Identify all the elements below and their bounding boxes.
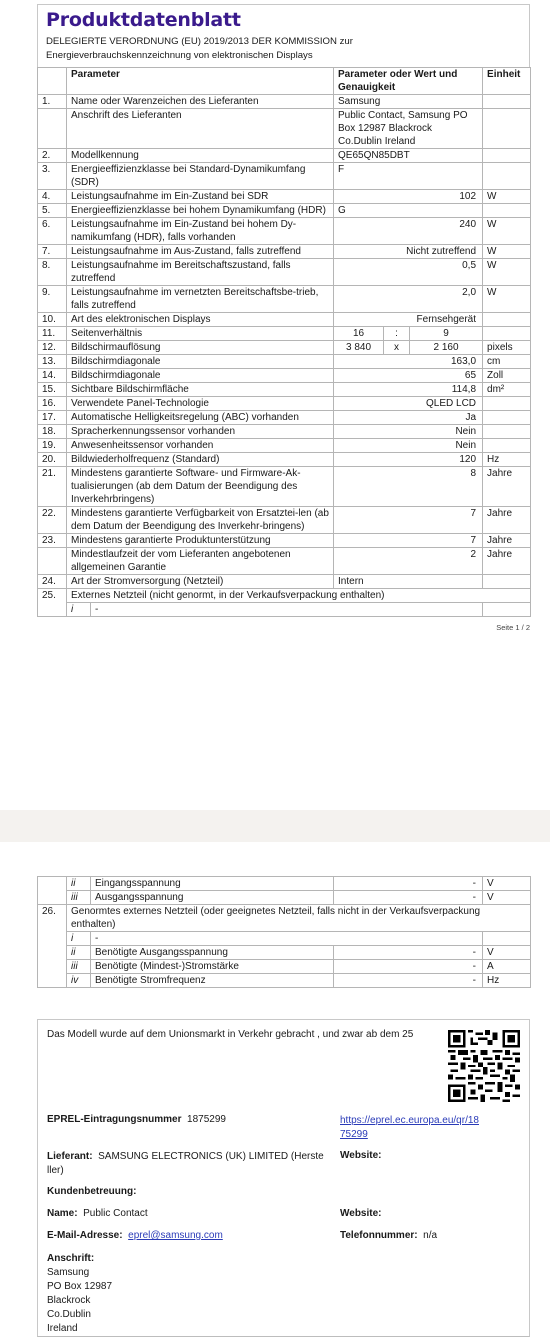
row-unit: [483, 163, 531, 190]
row-value: 0,5: [334, 259, 483, 286]
eprel-link-line-1: https://eprel.ec.europa.eu/qr/18: [340, 1115, 479, 1126]
eprel-info-box: Das Modell wurde auf dem Unionsmarkt in …: [37, 1019, 530, 1337]
row-parameter: Verwendete Panel-Technologie: [67, 397, 334, 411]
subrow-unit: Hz: [483, 974, 531, 988]
table-row: 20.Bildwiederholfrequenz (Standard)120Hz: [38, 453, 531, 467]
row-value: QLED LCD: [334, 397, 483, 411]
table-row-25: 25.Externes Netzteil (nicht genormt, in …: [38, 589, 531, 603]
row-parameter: Anwesenheitssensor vorhanden: [67, 439, 334, 453]
row-value-separator: :: [384, 327, 410, 341]
subrow-unit: A: [483, 960, 531, 974]
row-parameter: Art des elektronischen Displays: [67, 313, 334, 327]
row-parameter: Genormtes externes Netzteil (oder geeign…: [67, 905, 531, 932]
table-subrow: i-: [38, 603, 531, 617]
row-parameter: Name oder Warenzeichen des Lieferanten: [67, 95, 334, 109]
row-unit: Jahre: [483, 548, 531, 575]
row-value: 114,8: [334, 383, 483, 397]
header-no: [38, 68, 67, 95]
row-unit: W: [483, 286, 531, 313]
address-label: Anschrift:: [47, 1252, 112, 1266]
table-row: 2.ModellkennungQE65QN85DBT: [38, 149, 531, 163]
row-parameter: Bildschirmdiagonale: [67, 355, 334, 369]
row-number: 9.: [38, 286, 67, 313]
supplier-name-line-1: SAMSUNG ELECTRONICS (UK) LIMITED (Herste: [98, 1151, 324, 1162]
datasheet-header: Produktdatenblatt DELEGIERTE VERORDNUNG …: [37, 4, 530, 67]
supplier-label: Lieferant:: [47, 1151, 93, 1162]
subrow-value: -: [334, 974, 483, 988]
row-parameter: Seitenverhältnis: [67, 327, 334, 341]
subrow-label: Eingangsspannung: [91, 877, 334, 891]
contact-email: E-Mail-Adresse: eprel@samsung.com: [47, 1230, 223, 1241]
row-number-continued: [38, 877, 67, 905]
subrow-label: Benötigte Ausgangsspannung: [91, 946, 334, 960]
table-row: 10.Art des elektronischen DisplaysFernse…: [38, 313, 531, 327]
table-row: 4.Leistungsaufnahme im Ein-Zustand bei S…: [38, 190, 531, 204]
row-value: 7: [334, 507, 483, 534]
table-row: 8.Leistungsaufnahme im Bereitschaftszust…: [38, 259, 531, 286]
row-parameter: Modellkennung: [67, 149, 334, 163]
row-number: 10.: [38, 313, 67, 327]
row-value: 102: [334, 190, 483, 204]
table-row: 5.Energieeffizienzklasse bei hohem Dynam…: [38, 204, 531, 218]
row-unit: cm: [483, 355, 531, 369]
subrow-label: -: [91, 932, 483, 946]
row-value: 65: [334, 369, 483, 383]
subrow-unit: V: [483, 946, 531, 960]
row-parameter: Automatische Helligkeitsregelung (ABC) v…: [67, 411, 334, 425]
table-row: 17.Automatische Helligkeitsregelung (ABC…: [38, 411, 531, 425]
table-body-page-2: iiEingangsspannung-ViiiAusgangsspannung-…: [38, 877, 531, 988]
row-unit: Jahre: [483, 534, 531, 548]
row-value: 163,0: [334, 355, 483, 369]
subrow-label: Benötigte (Mindest-)Stromstärke: [91, 960, 334, 974]
table-row: 3.Energieeffizienzklasse bei Standard-Dy…: [38, 163, 531, 190]
row-value: 8: [334, 467, 483, 507]
row-number: 5.: [38, 204, 67, 218]
row-value: G: [334, 204, 483, 218]
subrow-label: Ausgangsspannung: [91, 891, 334, 905]
subrow-unit: V: [483, 877, 531, 891]
subrow-unit: [483, 932, 531, 946]
row-number: 26.: [38, 905, 67, 988]
table-row: 19.Anwesenheitssensor vorhandenNein: [38, 439, 531, 453]
row-parameter: Bildwiederholfrequenz (Standard): [67, 453, 334, 467]
address-line: Co.Dublin: [47, 1308, 112, 1322]
table-subrow: iiBenötigte Ausgangsspannung-V: [38, 946, 531, 960]
row-number: 6.: [38, 218, 67, 245]
row-value: Nein: [334, 425, 483, 439]
row-number: 8.: [38, 259, 67, 286]
address-line: Blackrock: [47, 1294, 112, 1308]
table-row: 11.Seitenverhältnis16:9: [38, 327, 531, 341]
row-unit: Jahre: [483, 507, 531, 534]
address-lines: SamsungPO Box 12987BlackrockCo.DublinIre…: [47, 1266, 112, 1336]
row-unit: [483, 397, 531, 411]
regulation-subtitle: DELEGIERTE VERORDNUNG (EU) 2019/2013 DER…: [38, 33, 529, 67]
row-value-separator: x: [384, 341, 410, 355]
row-number: 24.: [38, 575, 67, 589]
address-block: Anschrift: SamsungPO Box 12987BlackrockC…: [47, 1252, 112, 1336]
subrow-index: i: [67, 932, 91, 946]
table-row: 14.Bildschirmdiagonale65Zoll: [38, 369, 531, 383]
row-unit: [483, 425, 531, 439]
row-number: 18.: [38, 425, 67, 439]
row-parameter: Mindestens garantierte Verfügbarkeit von…: [67, 507, 334, 534]
row-number: 1.: [38, 95, 67, 109]
row-value: Nicht zutreffend: [334, 245, 483, 259]
contact-name: Name: Public Contact: [47, 1208, 148, 1219]
row-parameter: Leistungsaufnahme im Bereitschaftszustan…: [67, 259, 334, 286]
row-value-b: 2 160: [410, 341, 483, 355]
row-value-a: 16: [334, 327, 384, 341]
eprel-link[interactable]: https://eprel.ec.europa.eu/qr/18 75299: [340, 1114, 479, 1142]
row-parameter: Leistungsaufnahme im Ein-Zustand bei SDR: [67, 190, 334, 204]
row-value: F: [334, 163, 483, 190]
page-indicator: Seite 1 / 2: [37, 617, 530, 632]
row-value: Public Contact, Samsung PO Box 12987 Bla…: [334, 109, 483, 149]
row-number: 11.: [38, 327, 67, 341]
subrow-label: -: [91, 603, 483, 617]
header-parameter: Parameter: [67, 68, 334, 95]
subtitle-line-2: Energieverbrauchskennzeichnung von elekt…: [46, 49, 521, 63]
table-subrow: i-: [38, 932, 531, 946]
table-subrow: iiiBenötigte (Mindest-)Stromstärke-A: [38, 960, 531, 974]
subrow-value: -: [334, 891, 483, 905]
row-number: 15.: [38, 383, 67, 397]
eprel-number: 1875299: [187, 1114, 226, 1125]
row-number: 3.: [38, 163, 67, 190]
row-parameter: Bildschirmdiagonale: [67, 369, 334, 383]
table-row: 9.Leistungsaufnahme im vernetzten Bereit…: [38, 286, 531, 313]
row-parameter: Mindestens garantierte Produktunterstütz…: [67, 534, 334, 548]
contact-phone: Telefonnummer: n/a: [340, 1230, 437, 1241]
page-1: Produktdatenblatt DELEGIERTE VERORDNUNG …: [37, 4, 530, 632]
table-row: Mindestlaufzeit der vom Lieferanten ange…: [38, 548, 531, 575]
row-unit: dm²: [483, 383, 531, 397]
supplier-name-line-2: ller): [47, 1165, 64, 1176]
row-number: 25.: [38, 589, 67, 617]
row-number: 21.: [38, 467, 67, 507]
table-row: 13.Bildschirmdiagonale163,0cm: [38, 355, 531, 369]
table-subrow: iiiAusgangsspannung-V: [38, 891, 531, 905]
row-number: 19.: [38, 439, 67, 453]
table-header-row: Parameter Parameter oder Wert und Genaui…: [38, 68, 531, 95]
row-value: 2: [334, 548, 483, 575]
table-subrow: iiEingangsspannung-V: [38, 877, 531, 891]
row-value: 2,0: [334, 286, 483, 313]
table-row-26: 26.Genormtes externes Netzteil (oder gee…: [38, 905, 531, 932]
website-label-2: Website:: [340, 1208, 382, 1219]
row-number: [38, 548, 67, 575]
row-number: [38, 109, 67, 149]
subrow-index: ii: [67, 946, 91, 960]
name-value: Public Contact: [83, 1208, 147, 1219]
address-line: PO Box 12987: [47, 1280, 112, 1294]
header-value: Parameter oder Wert und Genauigkeit: [334, 68, 483, 95]
row-value-b: 9: [410, 327, 483, 341]
row-unit: W: [483, 218, 531, 245]
subrow-index: iii: [67, 960, 91, 974]
row-number: 7.: [38, 245, 67, 259]
row-parameter: Leistungsaufnahme im Aus-Zustand, falls …: [67, 245, 334, 259]
subrow-value: -: [334, 877, 483, 891]
subrow-index: ii: [67, 877, 91, 891]
qr-code-icon[interactable]: [448, 1030, 520, 1102]
row-unit: [483, 313, 531, 327]
row-value: Nein: [334, 439, 483, 453]
page-2: iiEingangsspannung-ViiiAusgangsspannung-…: [37, 876, 530, 988]
row-parameter: Leistungsaufnahme im Ein-Zustand bei hoh…: [67, 218, 334, 245]
subrow-value: -: [334, 946, 483, 960]
row-value: Ja: [334, 411, 483, 425]
header-unit: Einheit: [483, 68, 531, 95]
row-unit: Zoll: [483, 369, 531, 383]
address-line: Samsung: [47, 1266, 112, 1280]
row-value-a: 3 840: [334, 341, 384, 355]
eprel-label: EPREL-Eintragungsnummer: [47, 1114, 181, 1125]
subrow-index: iii: [67, 891, 91, 905]
row-number: 4.: [38, 190, 67, 204]
table-row: 22.Mindestens garantierte Verfügbarkeit …: [38, 507, 531, 534]
email-label: E-Mail-Adresse:: [47, 1230, 123, 1241]
row-parameter: Leistungsaufnahme im vernetzten Bereitsc…: [67, 286, 334, 313]
phone-label: Telefonnummer:: [340, 1230, 418, 1241]
row-number: 12.: [38, 341, 67, 355]
row-unit: pixels: [483, 341, 531, 355]
power-supply-table: iiEingangsspannung-ViiiAusgangsspannung-…: [37, 876, 531, 988]
table-row: Anschrift des LieferantenPublic Contact,…: [38, 109, 531, 149]
row-parameter: Mindestens garantierte Software- und Fir…: [67, 467, 334, 507]
table-row: 21.Mindestens garantierte Software- und …: [38, 467, 531, 507]
row-parameter: Anschrift des Lieferanten: [67, 109, 334, 149]
row-unit: W: [483, 245, 531, 259]
row-unit: [483, 575, 531, 589]
row-number: 23.: [38, 534, 67, 548]
address-line: Ireland: [47, 1322, 112, 1336]
row-unit: Hz: [483, 453, 531, 467]
row-parameter: Spracherkennungssensor vorhanden: [67, 425, 334, 439]
row-number: 13.: [38, 355, 67, 369]
table-row: 15.Sichtbare Bildschirmfläche114,8dm²: [38, 383, 531, 397]
row-parameter: Energieeffizienzklasse bei Standard-Dyna…: [67, 163, 334, 190]
row-unit: [483, 109, 531, 149]
table-row: 24.Art der Stromversorgung (Netzteil)Int…: [38, 575, 531, 589]
table-row: 6.Leistungsaufnahme im Ein-Zustand bei h…: [38, 218, 531, 245]
phone-value: n/a: [423, 1230, 437, 1241]
subrow-value: -: [334, 960, 483, 974]
row-unit: [483, 439, 531, 453]
row-unit: [483, 327, 531, 341]
row-value: QE65QN85DBT: [334, 149, 483, 163]
eprel-link-line-2: 75299: [340, 1129, 368, 1140]
row-parameter: Mindestlaufzeit der vom Lieferanten ange…: [67, 548, 334, 575]
subrow-index: i: [67, 603, 91, 617]
name-label: Name:: [47, 1208, 78, 1219]
row-number: 14.: [38, 369, 67, 383]
subrow-index: iv: [67, 974, 91, 988]
table-row: 16.Verwendete Panel-TechnologieQLED LCD: [38, 397, 531, 411]
row-number: 2.: [38, 149, 67, 163]
email-link[interactable]: eprel@samsung.com: [128, 1230, 223, 1241]
table-subrow: ivBenötigte Stromfrequenz-Hz: [38, 974, 531, 988]
row-unit: [483, 411, 531, 425]
subrow-label: Benötigte Stromfrequenz: [91, 974, 334, 988]
page-title: Produktdatenblatt: [38, 5, 529, 33]
row-number: 22.: [38, 507, 67, 534]
row-value: Samsung: [334, 95, 483, 109]
row-number: 20.: [38, 453, 67, 467]
website-label: Website:: [340, 1150, 382, 1161]
table-row: 12.Bildschirmauflösung3 840x2 160pixels: [38, 341, 531, 355]
table-row: 23.Mindestens garantierte Produktunterst…: [38, 534, 531, 548]
row-parameter: Bildschirmauflösung: [67, 341, 334, 355]
row-value: Intern: [334, 575, 483, 589]
supplier: Lieferant: SAMSUNG ELECTRONICS (UK) LIMI…: [47, 1150, 337, 1178]
subtitle-line-1: DELEGIERTE VERORDNUNG (EU) 2019/2013 DER…: [46, 35, 521, 49]
row-unit: W: [483, 259, 531, 286]
table-row: 7.Leistungsaufnahme im Aus-Zustand, fall…: [38, 245, 531, 259]
row-value: 7: [334, 534, 483, 548]
row-value: 120: [334, 453, 483, 467]
table-row: 1.Name oder Warenzeichen des Lieferanten…: [38, 95, 531, 109]
row-parameter: Sichtbare Bildschirmfläche: [67, 383, 334, 397]
eprel-registration: EPREL-Eintragungsnummer 1875299: [47, 1114, 226, 1125]
row-parameter: Externes Netzteil (nicht genormt, in der…: [67, 589, 531, 603]
table-row: 18.Spracherkennungssensor vorhandenNein: [38, 425, 531, 439]
support-label: Kundenbetreuung:: [47, 1186, 136, 1197]
table-body: Parameter Parameter oder Wert und Genaui…: [38, 68, 531, 617]
page-separator: [0, 810, 550, 842]
row-parameter: Art der Stromversorgung (Netzteil): [67, 575, 334, 589]
row-unit: [483, 204, 531, 218]
row-unit: [483, 95, 531, 109]
row-parameter: Energieeffizienzklasse bei hohem Dynamik…: [67, 204, 334, 218]
row-unit: [483, 149, 531, 163]
row-number: 17.: [38, 411, 67, 425]
row-unit: Jahre: [483, 467, 531, 507]
row-value: 240: [334, 218, 483, 245]
row-value: Fernsehgerät: [334, 313, 483, 327]
row-number: 16.: [38, 397, 67, 411]
subrow-unit: [483, 603, 531, 617]
row-unit: W: [483, 190, 531, 204]
subrow-unit: V: [483, 891, 531, 905]
market-placement-text: Das Modell wurde auf dem Unionsmarkt in …: [47, 1029, 447, 1040]
product-data-table: Parameter Parameter oder Wert und Genaui…: [37, 67, 531, 617]
